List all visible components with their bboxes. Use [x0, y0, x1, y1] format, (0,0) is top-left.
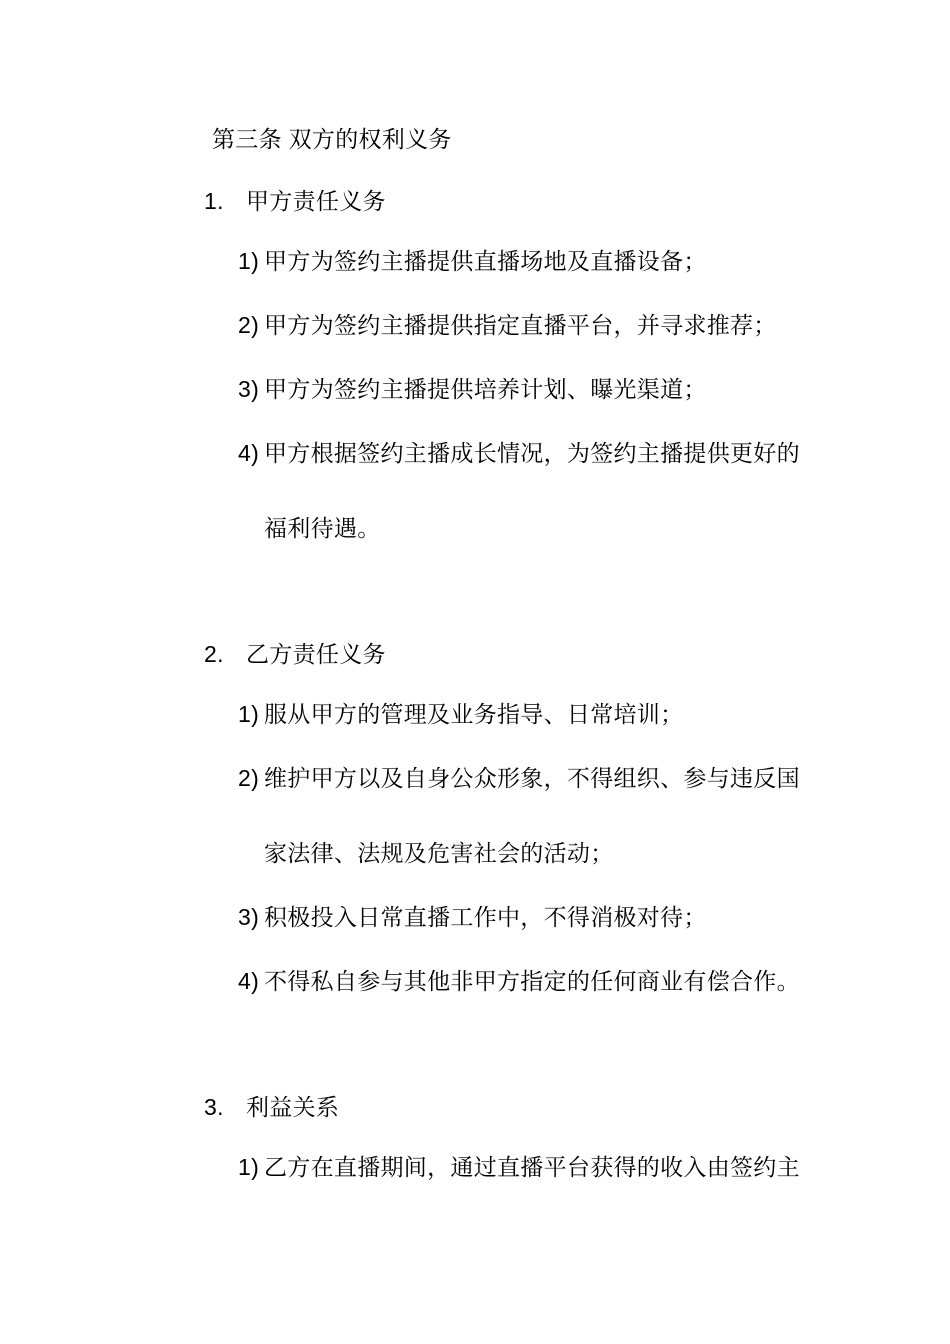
- document-content: 第三条 双方的权利义务1.甲方责任义务1)甲方为签约主播提供直播场地及直播设备；…: [0, 0, 950, 1344]
- item-number: 4): [238, 442, 264, 465]
- item-number: 1): [238, 250, 264, 273]
- item-number: 1): [238, 1156, 264, 1179]
- section-number: 1.: [204, 190, 246, 213]
- item-text: 甲方为签约主播提供直播场地及直播设备；: [264, 250, 707, 273]
- list-item-continuation: 福利待遇。: [264, 517, 950, 540]
- item-text: 不得私自参与其他非甲方指定的任何商业有偿合作。: [264, 970, 800, 993]
- item-number: 2): [238, 314, 264, 337]
- item-text: 甲方为签约主播提供培养计划、曝光渠道；: [264, 378, 707, 401]
- item-number: 3): [238, 378, 264, 401]
- section-number: 2.: [204, 643, 246, 666]
- item-text: 服从甲方的管理及业务指导、日常培训；: [264, 703, 683, 726]
- list-item: 2)甲方为签约主播提供指定直播平台，并寻求推荐；: [238, 314, 950, 337]
- list-item: 3)甲方为签约主播提供培养计划、曝光渠道；: [238, 378, 950, 401]
- list-item-continuation: 家法律、法规及危害社会的活动；: [264, 842, 950, 865]
- section-number: 3.: [204, 1096, 246, 1119]
- list-item: 1)乙方在直播期间，通过直播平台获得的收入由签约主: [238, 1156, 950, 1179]
- list-item: 1)甲方为签约主播提供直播场地及直播设备；: [238, 250, 950, 273]
- list-item: 4)不得私自参与其他非甲方指定的任何商业有偿合作。: [238, 970, 950, 993]
- list-item: 3)积极投入日常直播工作中，不得消极对待；: [238, 906, 950, 929]
- section-heading: 1.甲方责任义务: [204, 190, 950, 213]
- item-number: 3): [238, 906, 264, 929]
- section-heading: 2.乙方责任义务: [204, 643, 950, 666]
- item-text: 乙方在直播期间，通过直播平台获得的收入由签约主: [264, 1156, 800, 1179]
- item-number: 1): [238, 703, 264, 726]
- list-item: 2)维护甲方以及自身公众形象，不得组织、参与违反国: [238, 767, 950, 790]
- chapter-heading: 第三条 双方的权利义务: [212, 128, 950, 151]
- list-item: 1)服从甲方的管理及业务指导、日常培训；: [238, 703, 950, 726]
- item-text: 甲方为签约主播提供指定直播平台，并寻求推荐；: [264, 314, 777, 337]
- document-page: 第三条 双方的权利义务1.甲方责任义务1)甲方为签约主播提供直播场地及直播设备；…: [0, 0, 950, 1344]
- section-title: 利益关系: [246, 1096, 339, 1119]
- item-number: 2): [238, 767, 264, 790]
- item-text: 维护甲方以及自身公众形象，不得组织、参与违反国: [264, 767, 800, 790]
- section-title: 乙方责任义务: [246, 643, 386, 666]
- item-number: 4): [238, 970, 264, 993]
- item-text: 甲方根据签约主播成长情况，为签约主播提供更好的: [264, 442, 800, 465]
- section-heading: 3.利益关系: [204, 1096, 950, 1119]
- list-item: 4)甲方根据签约主播成长情况，为签约主播提供更好的: [238, 442, 950, 465]
- section-title: 甲方责任义务: [246, 190, 386, 213]
- item-text: 积极投入日常直播工作中，不得消极对待；: [264, 906, 707, 929]
